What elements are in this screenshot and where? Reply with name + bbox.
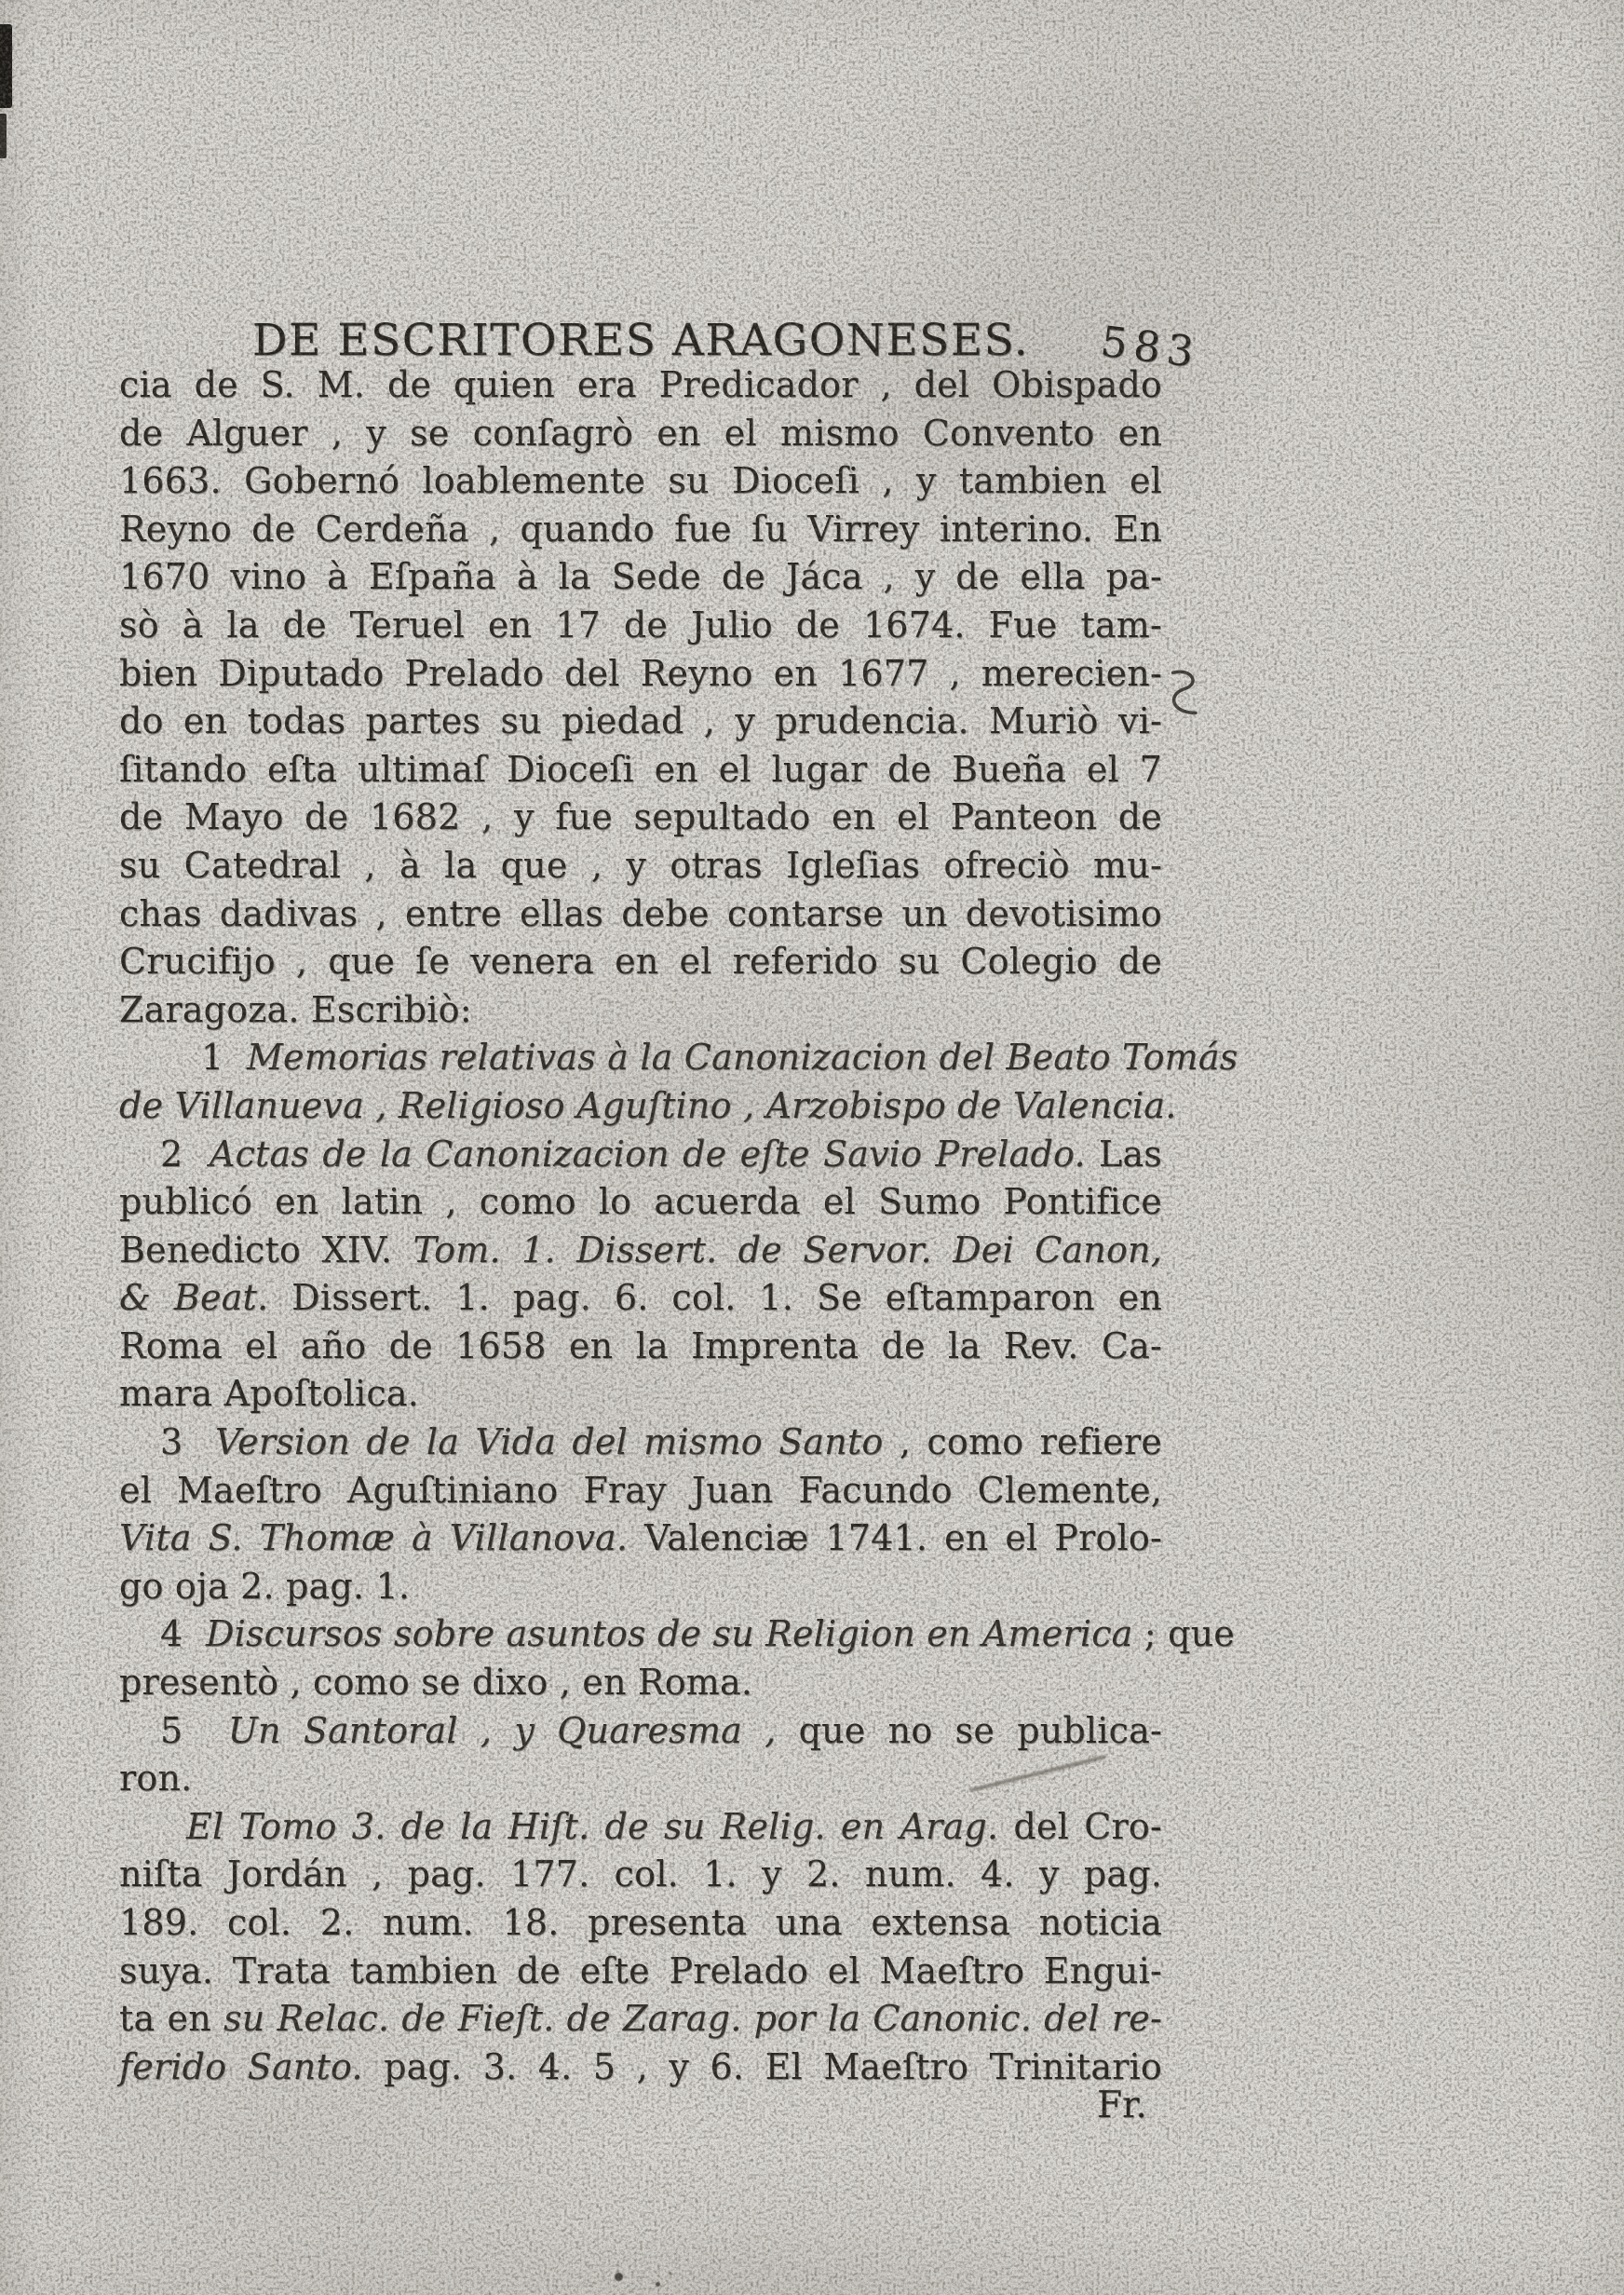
body-text-segment: Dissert. 1. pag. 6. col. 1. Se eſtamparo… [268, 1277, 1162, 1318]
text-line: suya. Trata tambien de eſte Prelado el M… [119, 1948, 1162, 1996]
body-text-segment: niſta Jordán , pag. 177. col. 1. y 2. nu… [119, 1854, 1162, 1894]
body-text-segment: de Mayo de 1682 , y fue sepultado en el … [119, 796, 1162, 837]
work-title-text: Memorias relativas à la Canonizacion del… [247, 1037, 1238, 1078]
text-line: 4 Discursos sobre asuntos de su Religion… [119, 1610, 1162, 1659]
body-text-segment: pag. 3. 4. 5 , y 6. El Maeſtro Trinitari… [363, 2046, 1162, 2087]
body-text-segment: 1670 vino à Eſpaña à la Sede de Jáca , y… [119, 556, 1162, 597]
running-header: DE ESCRITORES ARAGONESES. [119, 315, 1162, 366]
body-text-segment: ta en [119, 1998, 223, 2039]
text-line: ta en su Relac. de Fieſt. de Zarag. por … [119, 1995, 1162, 2044]
body-text: cia de S. M. de quien era Predicador , d… [119, 361, 1162, 2091]
body-text-segment: suya. Trata tambien de eſte Prelado el M… [119, 1950, 1162, 1991]
body-text-segment: sò à la de Teruel en 17 de Julio de 1674… [119, 604, 1162, 645]
text-line: 1670 vino à Eſpaña à la Sede de Jáca , y… [119, 553, 1162, 602]
text-line: de Mayo de 1682 , y fue sepultado en el … [119, 794, 1162, 842]
text-line: 189. col. 2. num. 18. presenta una exten… [119, 1899, 1162, 1948]
text-line: su Catedral , à la que , y otras Igleſia… [119, 842, 1162, 890]
text-line: Benedicto XIV. Tom. 1. Dissert. de Servo… [119, 1227, 1162, 1275]
text-line: Zaragoza. Escribiò: [119, 986, 1162, 1035]
pen-flourish-mark [1154, 662, 1214, 730]
text-line: sò à la de Teruel en 17 de Julio de 1674… [119, 602, 1162, 650]
body-text-segment: Reyno de Cerdeña , quando fue ſu Virrey … [119, 509, 1162, 550]
work-title-text: ferido Santo. [119, 2046, 363, 2087]
body-text-segment: ; que [1133, 1613, 1235, 1654]
text-line: & Beat. Dissert. 1. pag. 6. col. 1. Se e… [119, 1274, 1162, 1323]
body-text-segment: 1663. Gobernó loablemente su Dioceſi , y… [119, 460, 1162, 501]
text-line: 1663. Gobernó loablemente su Dioceſi , y… [119, 457, 1162, 506]
body-text-segment: 5 [160, 1710, 228, 1751]
body-text-segment: Roma el año de 1658 en la Imprenta de la… [119, 1325, 1162, 1366]
text-line: do en todas partes su piedad , y prudenc… [119, 698, 1162, 746]
body-text-segment: publicó en latin , como lo acuerda el Su… [119, 1181, 1162, 1222]
text-line: niſta Jordán , pag. 177. col. 1. y 2. nu… [119, 1851, 1162, 1899]
ink-blots [615, 2273, 623, 2281]
work-title-text: Actas de la Canonizacion de eſte Savio P… [210, 1134, 1086, 1175]
body-text-segment: go oja 2. pag. 1. [119, 1566, 410, 1607]
binding-ink-smudge [0, 24, 12, 108]
work-title-text: de Villanueva , Religioso Aguſtino , Arz… [119, 1085, 1176, 1126]
text-line: de Villanueva , Religioso Aguſtino , Arz… [119, 1082, 1162, 1131]
text-line: Crucifijo , que ſe venera en el referido… [119, 938, 1162, 986]
work-title-text: Un Santoral , y Quaresma , [228, 1710, 777, 1751]
text-line: chas dadivas , entre ellas debe contarse… [119, 890, 1162, 939]
body-text-segment: 4 [160, 1613, 206, 1654]
text-line: presentò , como se dixo , en Roma. [119, 1659, 1162, 1707]
text-line: publicó en latin , como lo acuerda el Su… [119, 1178, 1162, 1227]
body-text-segment: 3 [160, 1421, 215, 1462]
body-text-segment: 189. col. 2. num. 18. presenta una exten… [119, 1902, 1162, 1943]
text-line: go oja 2. pag. 1. [119, 1563, 1162, 1611]
scanned-book-page: DE ESCRITORES ARAGONESES. 583 cia de S. … [0, 0, 1624, 2295]
body-text-segment: 1 [201, 1037, 247, 1078]
text-line: Vita S. Thomæ à Villanova. Valenciæ 1741… [119, 1514, 1162, 1563]
work-title-text: Tom. 1. Dissert. de Servor. Dei Canon, [413, 1229, 1162, 1270]
work-title-text: El Tomo 3. de la Hiſt. de su Relig. en A… [186, 1806, 998, 1847]
text-line: Roma el año de 1658 en la Imprenta de la… [119, 1323, 1162, 1371]
work-title-text: Vita S. Thomæ à Villanova. [119, 1517, 628, 1558]
body-text-segment: Zaragoza. Escribiò: [119, 989, 472, 1030]
text-line: bien Diputado Prelado del Reyno en 1677 … [119, 650, 1162, 699]
body-text-segment: el Maeſtro Aguſtiniano Fray Juan Facundo… [119, 1470, 1162, 1511]
body-text-segment: Las [1086, 1134, 1162, 1175]
text-line: de Alguer , y se conſagrò en el mismo Co… [119, 410, 1162, 458]
binding-ink-smudge-small [0, 114, 7, 158]
body-text-segment: do en todas partes su piedad , y prudenc… [119, 700, 1162, 741]
text-line: El Tomo 3. de la Hiſt. de su Relig. en A… [119, 1803, 1162, 1852]
work-title-text: & Beat. [119, 1277, 268, 1318]
text-line: Reyno de Cerdeña , quando fue ſu Virrey … [119, 506, 1162, 554]
text-line: 5 Un Santoral , y Quaresma , que no se p… [119, 1707, 1162, 1756]
body-text-segment: Valenciæ 1741. en el Prolo- [628, 1517, 1162, 1558]
text-line: ſitando eſta ultimaſ Dioceſi en el lugar… [119, 746, 1162, 794]
body-text-segment: del Cro- [998, 1806, 1162, 1847]
body-text-segment: mara Apoſtolica. [119, 1373, 419, 1414]
work-title-text: su Relac. de Fieſt. de Zarag. por la Can… [223, 1998, 1162, 2039]
text-line: 1 Memorias relativas à la Canonizacion d… [119, 1034, 1162, 1082]
body-text-segment: presentò , como se dixo , en Roma. [119, 1662, 752, 1703]
body-text-segment: que no se publica- [776, 1710, 1162, 1751]
body-text-segment: cia de S. M. de quien era Predicador , d… [119, 364, 1162, 405]
text-line: 3 Version de la Vida del mismo Santo , c… [119, 1419, 1162, 1467]
body-text-segment: chas dadivas , entre ellas debe contarse… [119, 893, 1162, 934]
work-title-text: Discursos sobre asuntos de su Religion e… [206, 1613, 1133, 1654]
body-text-segment: de Alguer , y se conſagrò en el mismo Co… [119, 413, 1162, 454]
body-text-segment: Benedicto XIV. [119, 1229, 413, 1270]
body-text-segment: bien Diputado Prelado del Reyno en 1677 … [119, 653, 1162, 694]
text-line: cia de S. M. de quien era Predicador , d… [119, 361, 1162, 410]
body-text-segment: ſitando eſta ultimaſ Dioceſi en el lugar… [119, 749, 1162, 790]
text-line: ferido Santo. pag. 3. 4. 5 , y 6. El Mae… [119, 2044, 1162, 2092]
catchword: Fr. [1097, 2085, 1147, 2126]
body-text-segment: Crucifijo , que ſe venera en el referido… [119, 941, 1162, 982]
page-header-title: DE ESCRITORES ARAGONESES. [119, 315, 1162, 366]
text-line: 2 Actas de la Canonizacion de eſte Savio… [119, 1131, 1162, 1179]
body-text-segment: , como refiere [884, 1421, 1163, 1462]
body-text-segment: su Catedral , à la que , y otras Igleſia… [119, 845, 1162, 886]
work-title-text: Version de la Vida del mismo Santo [215, 1421, 884, 1462]
text-line: mara Apoſtolica. [119, 1370, 1162, 1419]
text-line: el Maeſtro Aguſtiniano Fray Juan Facundo… [119, 1467, 1162, 1515]
body-text-segment: ron. [119, 1758, 192, 1799]
body-text-segment: 2 [160, 1134, 210, 1175]
